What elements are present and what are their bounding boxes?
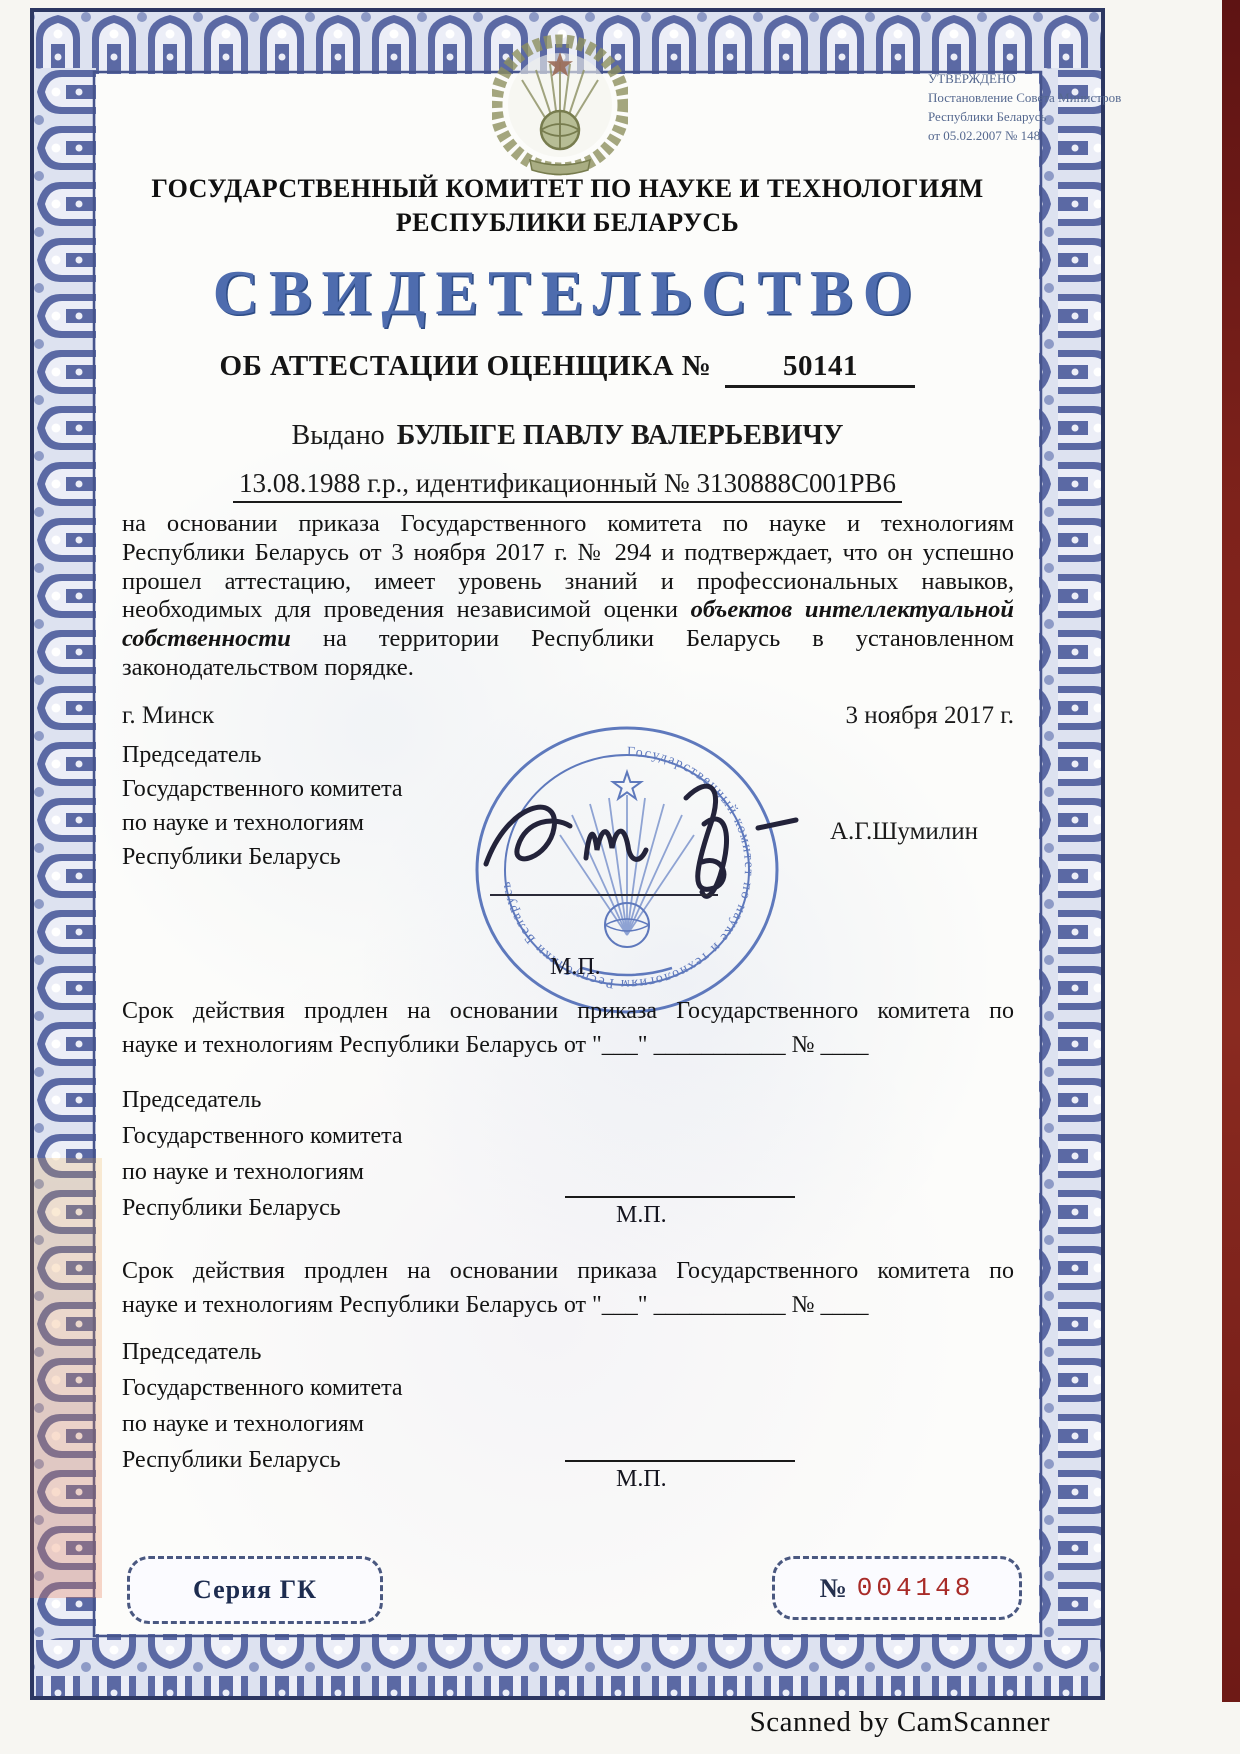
seal-place-label-3: М.П.: [616, 1466, 667, 1493]
approval-line: Республики Беларусь: [928, 108, 1143, 127]
chairman-line: Председатель: [122, 738, 452, 772]
issued-to-row: ВыданоБУЛЫГЕ ПАВЛУ ВАЛЕРЬЕВИЧУ: [30, 420, 1105, 452]
number-sign: №: [820, 1573, 847, 1604]
extension-line-2: науке и технологиям Республики Беларусь …: [122, 1288, 1014, 1322]
signature-blank-line-2: [565, 1196, 795, 1198]
approval-note: УТВЕРЖДЕНО Постановление Совета Министро…: [928, 70, 1143, 145]
certificate-sheet: УТВЕРЖДЕНО Постановление Совета Министро…: [30, 8, 1105, 1700]
form-number: 004148: [857, 1573, 975, 1603]
series-label: Серия ГК: [193, 1575, 317, 1605]
approval-line: УТВЕРЖДЕНО: [928, 70, 1143, 89]
issuing-authority-title: ГОСУДАРСТВЕННЫЙ КОМИТЕТ ПО НАУКЕ И ТЕХНО…: [30, 174, 1105, 238]
scanned-certificate-page: УТВЕРЖДЕНО Постановление Совета Министро…: [0, 0, 1240, 1754]
holder-id-row: 13.08.1988 г.р., идентификационный № 313…: [30, 468, 1105, 503]
chairman-block-1: Председатель Государственного комитета п…: [122, 738, 452, 874]
chairman-line: по науке и технологиям: [122, 806, 452, 840]
form-number-box: № 004148: [772, 1556, 1022, 1620]
holder-id-line: 13.08.1988 г.р., идентификационный № 313…: [233, 468, 902, 503]
signature-line: [490, 894, 718, 896]
belarus-coat-of-arms-icon: [492, 34, 628, 176]
certificate-subtitle-row: ОБ АТТЕСТАЦИИ ОЦЕНЩИКА №50141: [30, 350, 1105, 388]
extension-line-1: Срок действия продлен на основании прика…: [122, 994, 1014, 1028]
chairman-block-3: Председатель Государственного комитета п…: [122, 1334, 452, 1478]
extension-line-1: Срок действия продлен на основании прика…: [122, 1254, 1014, 1288]
chairman-line: Республики Беларусь: [122, 1442, 452, 1478]
chairman-line: Председатель: [122, 1082, 452, 1118]
chairman-line: по науке и технологиям: [122, 1154, 452, 1190]
extension-clause-1: Срок действия продлен на основании прика…: [122, 994, 1014, 1062]
extension-clause-2: Срок действия продлен на основании прика…: [122, 1254, 1014, 1322]
issue-date: 3 ноября 2017 г.: [845, 702, 1014, 730]
certificate-title: СВИДЕТЕЛЬСТВО: [30, 256, 1105, 330]
camscanner-watermark: Scanned by CamScanner: [750, 1706, 1050, 1739]
chairman-signature: [458, 764, 838, 914]
authority-line-1: ГОСУДАРСТВЕННЫЙ КОМИТЕТ ПО НАУКЕ И ТЕХНО…: [30, 174, 1105, 204]
signer-name: А.Г.Шумилин: [830, 818, 978, 846]
chairman-line: Республики Беларусь: [122, 840, 452, 874]
approval-line: от 05.02.2007 № 148: [928, 127, 1143, 146]
chairman-line: Государственного комитета: [122, 772, 452, 806]
issued-label: Выдано: [292, 420, 385, 451]
chairman-line: Государственного комитета: [122, 1118, 452, 1154]
holder-name: БУЛЫГЕ ПАВЛУ ВАЛЕРЬЕВИЧУ: [397, 420, 844, 451]
certificate-body-text: на основании приказа Государственного ко…: [122, 510, 1014, 683]
scan-edge-strip: [1222, 0, 1240, 1702]
certificate-subtitle: ОБ АТТЕСТАЦИИ ОЦЕНЩИКА №: [220, 350, 712, 382]
approval-line: Постановление Совета Министров: [928, 89, 1143, 108]
chairman-line: по науке и технологиям: [122, 1406, 452, 1442]
issue-city: г. Минск: [122, 702, 214, 729]
chairman-line: Государственного комитета: [122, 1370, 452, 1406]
seal-place-label-2: М.П.: [616, 1202, 667, 1229]
extension-line-2: науке и технологиям Республики Беларусь …: [122, 1028, 1014, 1062]
chairman-block-2: Председатель Государственного комитета п…: [122, 1082, 452, 1226]
chairman-line: Республики Беларусь: [122, 1190, 452, 1226]
seal-place-label-1: М.П.: [550, 954, 601, 981]
chairman-line: Председатель: [122, 1334, 452, 1370]
signature-blank-line-3: [565, 1460, 795, 1462]
authority-line-2: РЕСПУБЛИКИ БЕЛАРУСЬ: [30, 208, 1105, 238]
series-box: Серия ГК: [127, 1556, 383, 1624]
certificate-number: 50141: [725, 350, 915, 388]
